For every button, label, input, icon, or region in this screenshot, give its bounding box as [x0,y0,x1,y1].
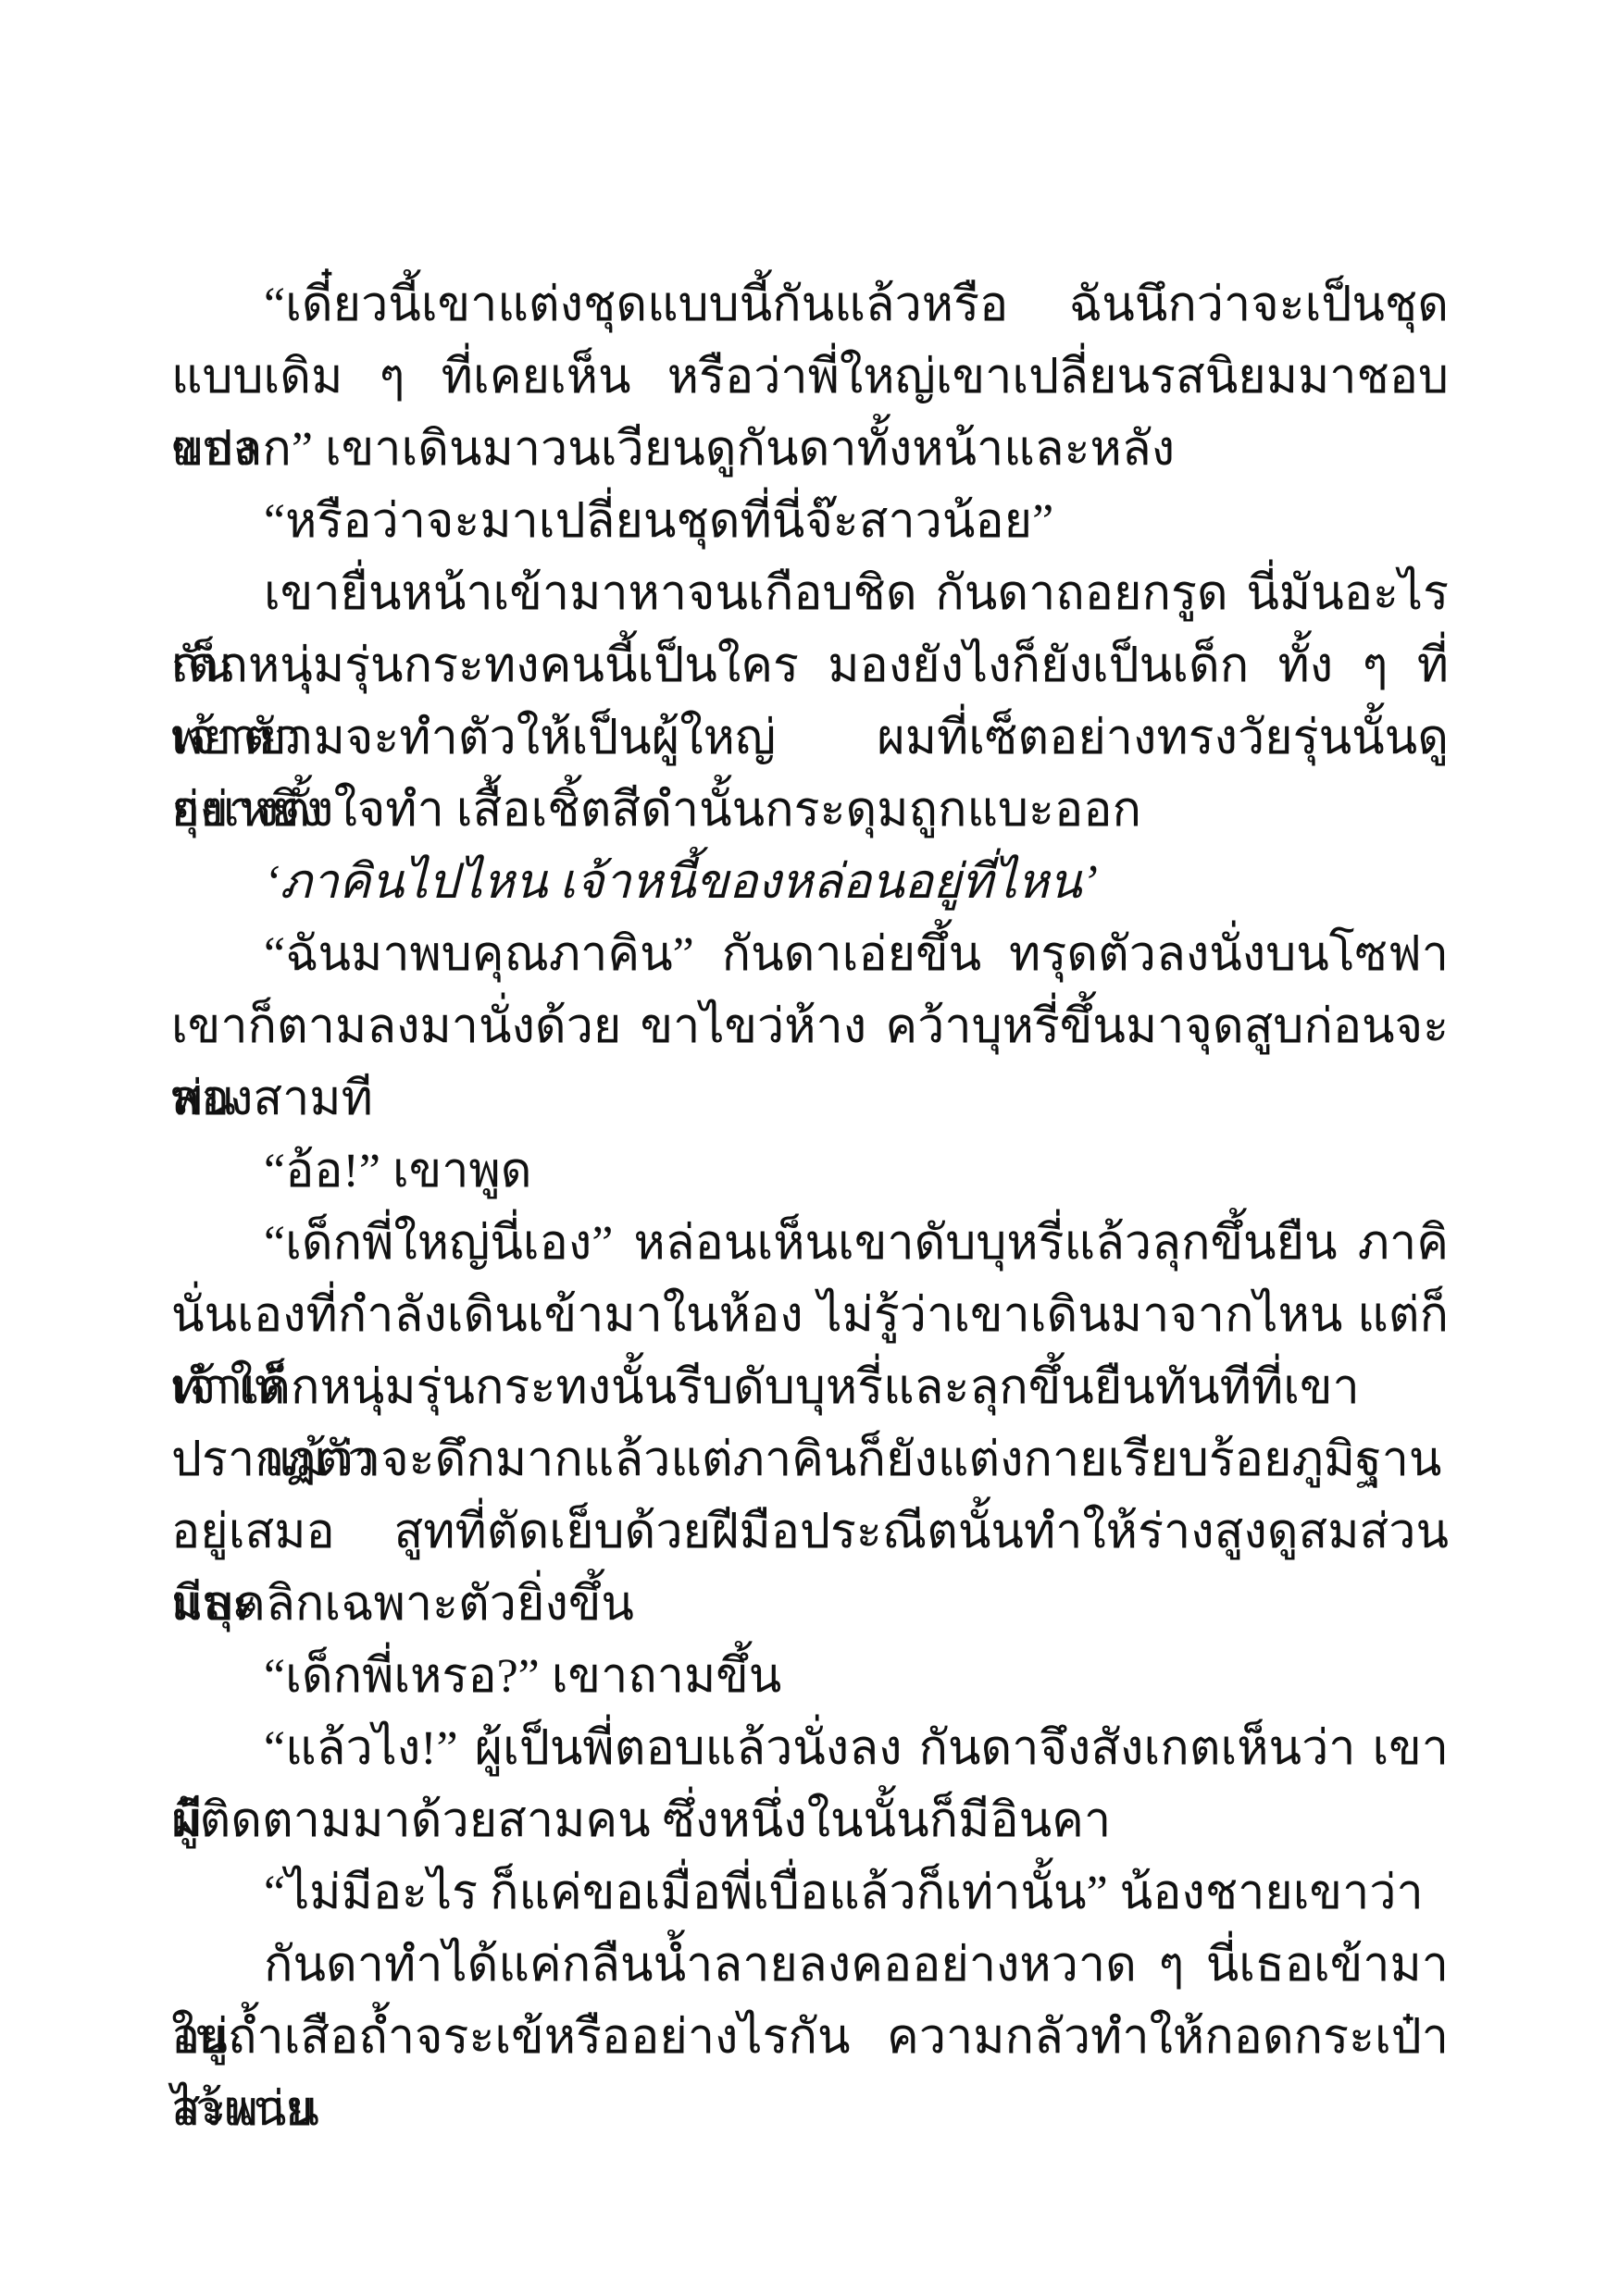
text-line: “ฉันมาพบคุณภาคิน” กันดาเอ่ยขึ้น ทรุดตัวล… [171,919,1449,991]
text-line: พยายามจะทำตัวให้เป็นผู้ใหญ่ ผมที่เซ็ตอย่… [171,702,1449,775]
book-page: “เดี๋ยวนี้เขาแต่งชุดแบบนี้กันแล้วหรือ ฉั… [0,0,1619,2296]
text-line: อย่างตั้งใจทำ เสื้อเชิ้ตสีดำนั้นกระดุมถู… [171,775,1449,847]
text-line: เจ้าเด็กหนุ่มรุ่นกระทงนั้นรีบดับบุหรี่แล… [171,1352,1449,1424]
text-line: “เดี๋ยวนี้เขาแต่งชุดแบบนี้กันแล้วหรือ ฉั… [171,269,1449,341]
text-line: ไว้แน่น [171,2074,1449,2146]
text-line: “อ้อ!” เขาพูด [171,1136,1449,1208]
text-line: เขายื่นหน้าเข้ามาหาจนเกือบชิด กันดาถอยกร… [171,558,1449,630]
text-line: “ไม่มีอะไร ก็แค่ขอเมื่อพี่เบื่อแล้วก็เท่… [171,1857,1449,1930]
text-line: ‘ภาคินไปไหน เจ้าหนี้ของหล่อนอยู่ที่ไหน’ [171,847,1449,919]
text-line: แปลก” เขาเดินมาวนเวียนดูกันดาทั้งหน้าและ… [171,414,1449,486]
text-line: ผู้ติดตามมาด้วยสามคน ซึ่งหนึ่งในนั้นก็มี… [171,1785,1449,1857]
text-line: “เด็กพี่เหรอ?” เขาถามขึ้น [171,1641,1449,1713]
text-line: มีบุคลิกเฉพาะตัวยิ่งขึ้น [171,1569,1449,1641]
text-line: อยู่เสมอ สูทที่ตัดเย็บด้วยฝีมือประณีตนั้… [171,1496,1449,1569]
text-line: เขาก็ตามลงมานั่งด้วย ขาไขว่ห้าง คว้าบุหร… [171,991,1449,1063]
text-line: “แล้วไง!” ผู้เป็นพี่ตอบแล้วนั่งลง กันดาจ… [171,1713,1449,1785]
text-line: ในถ้ำเสือถ้ำจระเข้หรืออย่างไรกัน ความกลั… [171,2002,1449,2074]
text-line: “หรือว่าจะมาเปลี่ยนชุดที่นี่จ๊ะสาวน้อย” [171,486,1449,558]
text-line: กันดาทำได้แค่กลืนน้ำลายลงคออย่างหวาด ๆ น… [171,1930,1449,2002]
text-line: นั่นเองที่กำลังเดินเข้ามาในห้อง ไม่รู้ว่… [171,1280,1449,1352]
text-line: แบบเดิม ๆ ที่เคยเห็น หรือว่าพี่ใหญ่เขาเป… [171,341,1449,414]
text-line: “เด็กพี่ใหญ่นี่เอง” หล่อนเห็นเขาดับบุหรี… [171,1208,1449,1280]
text-line: แม้ว่าจะดึกมากแล้วแต่ภาคินก็ยังแต่งกายเร… [171,1424,1449,1496]
text-line: สองสามที [171,1063,1449,1136]
text-block: “เดี๋ยวนี้เขาแต่งชุดแบบนี้กันแล้วหรือ ฉั… [171,269,1449,2146]
text-line: เด็กหนุ่มรุ่นกระทงคนนี้เป็นใคร มองยังไงก… [171,630,1449,702]
